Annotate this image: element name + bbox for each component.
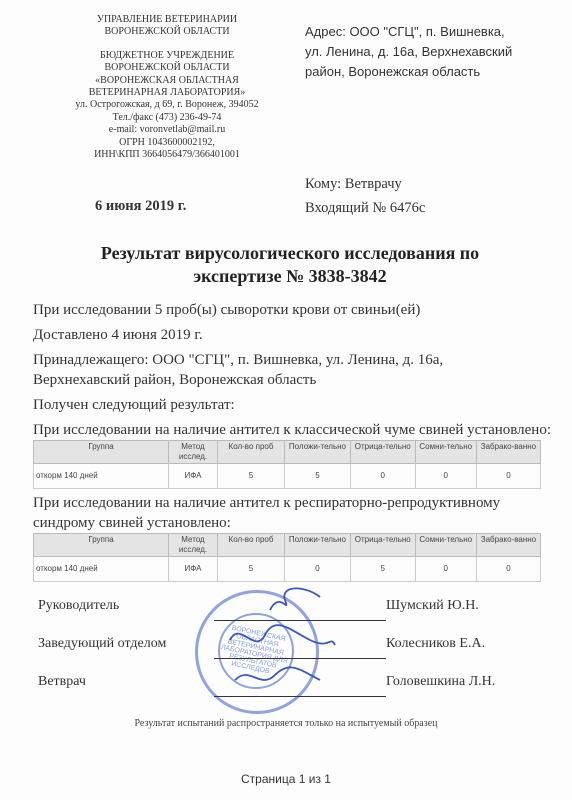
org-line: ВОРОНЕЖСКОЙ ОБЛАСТИ bbox=[42, 62, 292, 74]
cell-doubtful: 0 bbox=[415, 464, 476, 489]
col-doubtful: Сомни-тельно bbox=[415, 441, 476, 464]
col-positive: Положи-тельно bbox=[285, 441, 351, 464]
org-line: БЮДЖЕТНОЕ УЧРЕЖДЕНИЕ bbox=[42, 50, 292, 62]
incoming-number: Входящий № 6476с bbox=[305, 196, 425, 220]
org-line: ВОРОНЕЖСКОЙ ОБЛАСТИ bbox=[42, 26, 292, 38]
cell-method: ИФА bbox=[169, 557, 218, 582]
address-line: Адрес: ООО "СГЦ", п. Вишневка, bbox=[305, 22, 565, 42]
signer-name: Шумский Ю.Н. bbox=[386, 598, 479, 614]
result-intro: Получен следующий результат: bbox=[33, 395, 553, 415]
signer-role: Заведующий отделом bbox=[38, 636, 166, 652]
table-caption-prrs: При исследовании на наличие антител к ре… bbox=[33, 493, 553, 533]
delivered-text: Доставлено 4 июня 2019 г. bbox=[33, 325, 553, 345]
col-doubtful: Сомни-тельно bbox=[415, 534, 476, 557]
signature-line bbox=[214, 620, 386, 621]
signature-row: Руководитель Шумский Ю.Н. bbox=[38, 598, 538, 636]
table-caption-csf: При исследовании на наличие антител к кл… bbox=[33, 420, 553, 440]
col-negative: Отрица-тельно bbox=[350, 534, 415, 557]
col-positive: Положи-тельно bbox=[285, 534, 351, 557]
col-group: Группа bbox=[34, 441, 169, 464]
address-line: район, Воронежская область bbox=[305, 62, 565, 82]
org-email: e-mail: voronvetlab@mail.ru bbox=[42, 124, 292, 136]
org-line: «ВОРОНЕЖСКАЯ ОБЛАСТНАЯ bbox=[42, 75, 292, 87]
signature-row: Заведующий отделом Колесников Е.А. bbox=[38, 636, 538, 674]
col-negative: Отрица-тельно bbox=[350, 441, 415, 464]
cell-doubtful: 0 bbox=[415, 557, 476, 582]
owner-text-2: Верхнехавский район, Воронежская область bbox=[33, 370, 553, 390]
owner-text-1: Принадлежащего: ООО "СГЦ", п. Вишневка, … bbox=[33, 350, 553, 370]
address-line: ул. Ленина, д. 16а, Верхнехавский bbox=[305, 42, 565, 62]
title-line: экспертизе № 3838-3842 bbox=[40, 265, 540, 288]
signer-role: Ветврач bbox=[38, 674, 86, 690]
recipient-address: Адрес: ООО "СГЦ", п. Вишневка, ул. Ленин… bbox=[305, 22, 565, 82]
org-line: УПРАВЛЕНИЕ ВЕТЕРИНАРИИ bbox=[42, 14, 292, 26]
cell-rejected: 0 bbox=[476, 464, 540, 489]
document-title: Результат вирусологического исследования… bbox=[40, 242, 540, 288]
signer-name: Колесников Е.А. bbox=[386, 636, 485, 652]
col-rejected: Забрако-ванно bbox=[476, 534, 540, 557]
signer-role: Руководитель bbox=[38, 598, 119, 614]
cell-count: 5 bbox=[218, 464, 285, 489]
recipient: Кому: Ветврачу bbox=[305, 172, 425, 196]
cell-negative: 5 bbox=[350, 557, 415, 582]
signer-name: Головешкина Л.Н. bbox=[386, 674, 495, 690]
col-rejected: Забрако-ванно bbox=[476, 441, 540, 464]
footer-note: Результат испытаний распространяется тол… bbox=[0, 718, 572, 729]
org-inn: ИНН\КПП 3664056479/366401001 bbox=[42, 149, 292, 161]
recipient-block: Кому: Ветврачу Входящий № 6476с bbox=[305, 172, 425, 220]
org-line: ВЕТЕРИНАРНАЯ ЛАБОРАТОРИЯ» bbox=[42, 87, 292, 99]
title-line: Результат вирусологического исследования… bbox=[40, 242, 540, 265]
cell-group: откорм 140 дней bbox=[34, 557, 169, 582]
signature-line bbox=[214, 658, 386, 659]
page-number: Страница 1 из 1 bbox=[0, 772, 572, 786]
document-date: 6 июня 2019 г. bbox=[95, 198, 186, 215]
samples-text: При исследовании 5 проб(ы) сыворотки кро… bbox=[33, 300, 553, 320]
cell-method: ИФА bbox=[169, 464, 218, 489]
organization-header: УПРАВЛЕНИЕ ВЕТЕРИНАРИИ ВОРОНЕЖСКОЙ ОБЛАС… bbox=[42, 14, 292, 161]
results-table-prrs: Группа Метод исслед. Кол-во проб Положи-… bbox=[33, 533, 541, 582]
signatures-block: Руководитель Шумский Ю.Н. Заведующий отд… bbox=[38, 598, 538, 712]
table-row: откорм 140 дней ИФА 5 0 5 0 0 bbox=[34, 557, 541, 582]
col-method: Метод исслед. bbox=[169, 534, 218, 557]
org-phone: Тел./факс (473) 236-49-74 bbox=[42, 112, 292, 124]
document-body: При исследовании 5 проб(ы) сыворотки кро… bbox=[33, 300, 553, 586]
table-row: откорм 140 дней ИФА 5 5 0 0 0 bbox=[34, 464, 541, 489]
cell-positive: 5 bbox=[285, 464, 351, 489]
col-method: Метод исслед. bbox=[169, 441, 218, 464]
cell-group: откорм 140 дней bbox=[34, 464, 169, 489]
org-address: ул. Острогожская, д 69, г. Воронеж, 3940… bbox=[42, 99, 292, 111]
col-group: Группа bbox=[34, 534, 169, 557]
results-table-csf: Группа Метод исслед. Кол-во проб Положи-… bbox=[33, 440, 541, 489]
cell-rejected: 0 bbox=[476, 557, 540, 582]
cell-count: 5 bbox=[218, 557, 285, 582]
signature-row: Ветврач Головешкина Л.Н. bbox=[38, 674, 538, 712]
col-count: Кол-во проб bbox=[218, 534, 285, 557]
col-count: Кол-во проб bbox=[218, 441, 285, 464]
signature-line bbox=[214, 696, 386, 697]
org-ogrn: ОГРН 1043600002192, bbox=[42, 137, 292, 149]
cell-positive: 0 bbox=[285, 557, 351, 582]
cell-negative: 0 bbox=[350, 464, 415, 489]
